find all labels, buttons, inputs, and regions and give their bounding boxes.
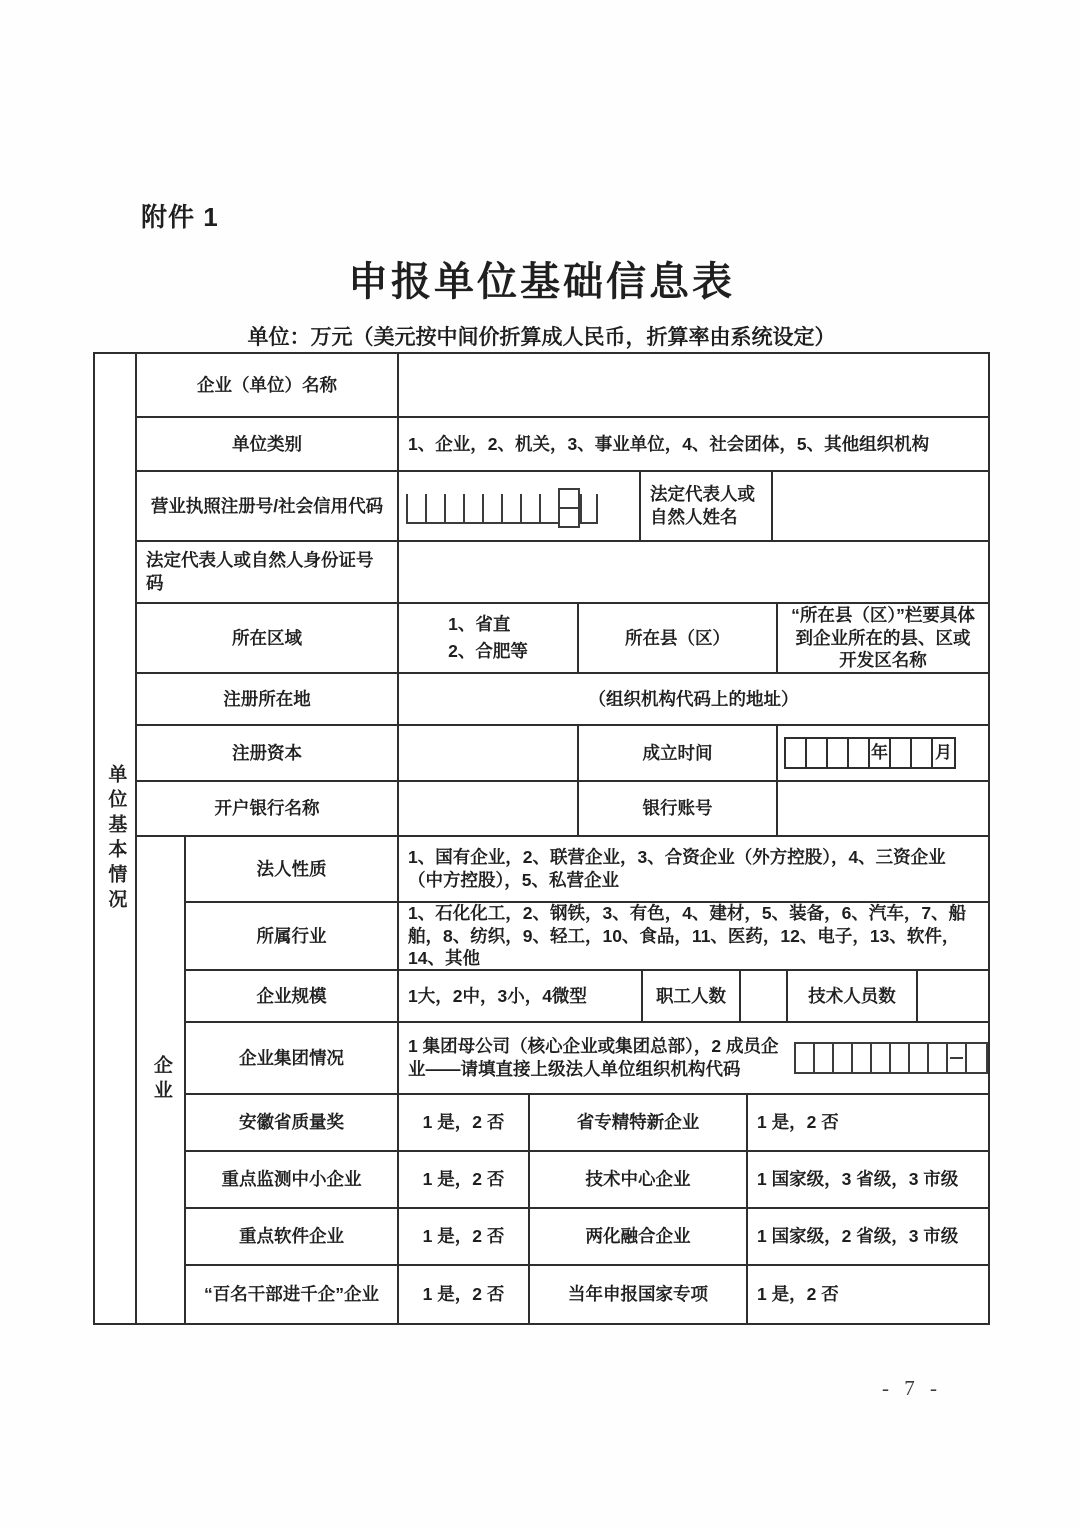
- county-note: “所在县（区）”栏要具体到企业所在的县、区或开发区名称: [778, 604, 988, 672]
- registered-address-hint: （组织机构代码上的地址）: [399, 674, 988, 724]
- region-label: 所在区域: [137, 604, 399, 672]
- enterprise-group: 企业 法人性质 1、国有企业，2、联营企业，3、合资企业（外方控股），4、三资企…: [137, 837, 988, 1323]
- org-code-entry-boxes: [794, 1042, 988, 1074]
- enterprise-group-info-options: 1 集团母公司（核心企业或集团总部），2 成员企业——请填直接上级法人单位组织机…: [408, 1035, 786, 1081]
- tech-center-label: 技术中心企业: [530, 1152, 748, 1207]
- region-options-cell: 1、省直 2、合肥等: [399, 604, 579, 672]
- year-unit-label: 年: [870, 739, 891, 767]
- license-number-entry-cell: [399, 472, 641, 540]
- org-code-dash-box: [948, 1044, 967, 1072]
- key-software-value: 1 是，2 否: [399, 1209, 530, 1264]
- id-number-value-cell: [399, 542, 988, 602]
- bank-account-label: 银行账号: [579, 782, 778, 835]
- group-basic-label: 单位基本情况: [103, 764, 128, 914]
- license-code-entry-boxes: [406, 488, 598, 524]
- bank-account-value-cell: [778, 782, 988, 835]
- founding-date-entry-cell: 年 月: [778, 726, 988, 780]
- legal-rep-name-label: 法定代表人或自然人姓名: [641, 472, 773, 540]
- month-unit-label: 月: [933, 739, 954, 767]
- document-page: 附件 1 申报单位基础信息表 单位：万元（美元按中间价折算成人民币，折算率由系统…: [0, 0, 1080, 1527]
- legal-nature-label: 法人性质: [186, 837, 399, 901]
- legal-rep-name-value-cell: [773, 472, 988, 540]
- specialized-new-label: 省专精特新企业: [530, 1095, 748, 1150]
- hundred-cadres-label: “百名干部进千企”企业: [186, 1266, 399, 1323]
- row-region: 所在区域 1、省直 2、合肥等 所在县（区） “所在县（区）”栏要具体到企业所在…: [137, 604, 988, 674]
- monitored-sme-value: 1 是，2 否: [399, 1152, 530, 1207]
- enterprise-group-info-cell: 1 集团母公司（核心企业或集团总部），2 成员企业——请填直接上级法人单位组织机…: [399, 1023, 988, 1093]
- row-company-name: 企业（单位）名称: [137, 354, 988, 418]
- attachment-label: 附件 1: [141, 197, 219, 234]
- row-bank: 开户银行名称 银行账号: [137, 782, 988, 837]
- bank-name-value-cell: [399, 782, 579, 835]
- national-project-label: 当年申报国家专项: [530, 1266, 748, 1323]
- row-enterprise-group-info: 企业集团情况 1 集团母公司（核心企业或集团总部），2 成员企业——请填直接上级…: [186, 1023, 988, 1095]
- quality-award-value: 1 是，2 否: [399, 1095, 530, 1150]
- group-basic-cell: 单位基本情况: [95, 354, 137, 1323]
- id-number-label: 法定代表人或自然人身份证号码: [137, 542, 399, 602]
- company-name-label: 企业（单位）名称: [137, 354, 399, 416]
- hundred-cadres-value: 1 是，2 否: [399, 1266, 530, 1323]
- monitored-sme-label: 重点监测中小企业: [186, 1152, 399, 1207]
- row-hundred-cadres: “百名干部进千企”企业 1 是，2 否 当年申报国家专项 1 是，2 否: [186, 1266, 988, 1323]
- bank-name-label: 开户银行名称: [137, 782, 399, 835]
- license-code-check-box: [558, 488, 580, 528]
- specialized-new-value: 1 是，2 否: [748, 1095, 988, 1150]
- founding-date-boxes: 年 月: [784, 737, 956, 769]
- row-quality-award: 安徽省质量奖 1 是，2 否 省专精特新企业 1 是，2 否: [186, 1095, 988, 1152]
- row-registered-capital: 注册资本 成立时间 年 月: [137, 726, 988, 782]
- unit-note: 单位：万元（美元按中间价折算成人民币，折算率由系统设定）: [93, 321, 990, 351]
- integration-value: 1 国家级，2 省级，3 市级: [748, 1209, 988, 1264]
- enterprise-group-info-label: 企业集团情况: [186, 1023, 399, 1093]
- group-enterprise-label: 企业: [148, 1055, 173, 1105]
- registered-capital-value-cell: [399, 726, 579, 780]
- tech-staff-count-value-cell: [918, 971, 988, 1021]
- enterprise-scale-options: 1大，2中，3小，4微型: [399, 971, 643, 1021]
- staff-count-value-cell: [741, 971, 788, 1021]
- page-number: - 7 -: [862, 1376, 962, 1401]
- row-license-number: 营业执照注册号/社会信用代码 法定代表人或自然人姓名: [137, 472, 988, 542]
- industry-label: 所属行业: [186, 903, 399, 969]
- basic-info-table: 单位基本情况 企业（单位）名称 单位类别 1、企业，2、机关，3、事业单位，4、…: [93, 352, 990, 1325]
- registered-capital-label: 注册资本: [137, 726, 399, 780]
- registered-address-label: 注册所在地: [137, 674, 399, 724]
- enterprise-scale-label: 企业规模: [186, 971, 399, 1021]
- national-project-value: 1 是，2 否: [748, 1266, 988, 1323]
- industry-options: 1、石化化工，2、钢铁，3、有色，4、建材，5、装备，6、汽车，7、船舶，8、纺…: [399, 903, 988, 969]
- founding-date-label: 成立时间: [579, 726, 778, 780]
- region-option-1: 1、省直: [448, 613, 510, 636]
- group-enterprise-cell: 企业: [137, 837, 186, 1323]
- unit-category-label: 单位类别: [137, 418, 399, 470]
- row-legal-nature: 法人性质 1、国有企业，2、联营企业，3、合资企业（外方控股），4、三资企业（中…: [186, 837, 988, 903]
- quality-award-label: 安徽省质量奖: [186, 1095, 399, 1150]
- region-option-2: 2、合肥等: [448, 640, 528, 663]
- row-registered-address: 注册所在地 （组织机构代码上的地址）: [137, 674, 988, 726]
- row-monitored-sme: 重点监测中小企业 1 是，2 否 技术中心企业 1 国家级，3 省级，3 市级: [186, 1152, 988, 1209]
- unit-category-options: 1、企业，2、机关，3、事业单位，4、社会团体，5、其他组织机构: [399, 418, 988, 470]
- company-name-value-cell: [399, 354, 988, 416]
- legal-nature-options: 1、国有企业，2、联营企业，3、合资企业（外方控股），4、三资企业（中方控股），…: [399, 837, 988, 901]
- license-number-label: 营业执照注册号/社会信用代码: [137, 472, 399, 540]
- integration-label: 两化融合企业: [530, 1209, 748, 1264]
- staff-count-label: 职工人数: [643, 971, 741, 1021]
- row-id-number: 法定代表人或自然人身份证号码: [137, 542, 988, 604]
- tech-staff-count-label: 技术人员数: [788, 971, 918, 1021]
- row-key-software: 重点软件企业 1 是，2 否 两化融合企业 1 国家级，2 省级，3 市级: [186, 1209, 988, 1266]
- key-software-label: 重点软件企业: [186, 1209, 399, 1264]
- row-industry: 所属行业 1、石化化工，2、钢铁，3、有色，4、建材，5、装备，6、汽车，7、船…: [186, 903, 988, 971]
- county-label: 所在县（区）: [579, 604, 778, 672]
- row-enterprise-scale: 企业规模 1大，2中，3小，4微型 职工人数 技术人员数: [186, 971, 988, 1023]
- row-unit-category: 单位类别 1、企业，2、机关，3、事业单位，4、社会团体，5、其他组织机构: [137, 418, 988, 472]
- tech-center-value: 1 国家级，3 省级，3 市级: [748, 1152, 988, 1207]
- document-title: 申报单位基础信息表: [93, 250, 990, 307]
